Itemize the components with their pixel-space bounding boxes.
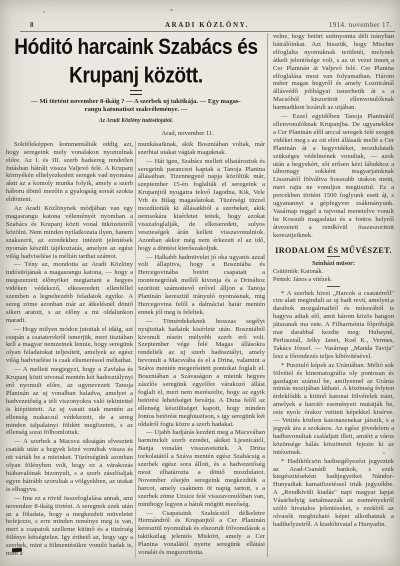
news-note: * A szerbek hivei „Harcok a csatatérről"… — [273, 290, 394, 361]
subhead-line-2: rangu katonatiszt szakvéleménye. — — [85, 106, 188, 113]
masthead: 8 ARADI KÖZLÖNY. 1914. november 17. — [20, 21, 394, 31]
newspaper-page: 8 ARADI KÖZLÖNY. 1914. november 17. Hódi… — [0, 0, 400, 566]
article-column-2: munkásaiknak, akik Boszniában voltak, má… — [138, 141, 265, 558]
scan-speck — [388, 62, 390, 64]
body-paragraph: velne, hogy betört szétnyomta déli irány… — [273, 33, 394, 112]
body-paragraph: — Ezzel egyidőben Tanoja Planinától elle… — [273, 113, 394, 240]
headline-ornament — [130, 90, 142, 95]
scan-speck — [170, 9, 173, 11]
program-rule — [327, 286, 340, 287]
theater-program-title: Színházi müsor: — [273, 260, 394, 268]
article-column-1: Sokféleképpen kommentálták eddig azt, ho… — [6, 141, 133, 558]
body-paragraph: — A szerbek a Macsva sikságán elvesztett… — [6, 438, 133, 493]
body-paragraph: — Tömérdekeknek hosszas segélyt nyujtott… — [138, 318, 265, 429]
article-headline: Hóditó harcaink Szabács és Krupanj közöt… — [6, 34, 266, 91]
masthead-rule — [20, 31, 395, 32]
scan-speck — [43, 11, 45, 13]
body-paragraph: — Halkabb hadmüvelet jó oka ugyanis azza… — [138, 254, 265, 317]
body-paragraph: Az Aradi Közlönynek módjában van egy mag… — [6, 205, 133, 260]
body-paragraph: — Hogy milyen módon jutottak el idáig, a… — [6, 326, 133, 366]
body-paragraph: — Ujabb hadjárás kezdett meg a Macsvában… — [138, 429, 265, 508]
body-paragraph: — Tény az, mondotta az Aradi Közlöny tud… — [6, 261, 133, 324]
masthead-date: 1914. november 17. — [329, 21, 392, 29]
section-header-irodalom: IRODALOM ÉS MŰVÉSZET. — [273, 247, 394, 255]
news-note: * Hadikölcsön hadisegélyezést jegyeztek … — [273, 458, 394, 529]
subhead-line-1: — Mi történt november 8-ikáig ? — A szer… — [31, 98, 240, 105]
body-paragraph: munkásaiknak, akik Boszniában voltak, má… — [138, 141, 265, 157]
section-rule — [327, 256, 340, 257]
main-article: Hóditó harcaink Szabács és Krupanj közöt… — [6, 34, 266, 558]
article-dateline: Arad, november 11. — [6, 130, 266, 137]
scan-speck — [384, 196, 386, 198]
article-columns: Sokféleképpen kommentálták eddig azt, ho… — [6, 141, 266, 558]
body-paragraph: — Hát igen, Szabács mellett elhatároztuk… — [138, 158, 265, 253]
body-paragraph: — Csapataink Szabácstól délkeletre Hermá… — [138, 510, 265, 557]
right-column: velne, hogy betört szétnyomta déli irány… — [273, 33, 394, 559]
scan-speck — [390, 301, 392, 303]
body-paragraph: — A mellett megjegyzi, hogy a Zavlaka és… — [6, 366, 133, 437]
news-note: * Pusztuló képek az Urániában. Méltó sok… — [273, 362, 394, 457]
article-byline: Az Aradi Közlöny tudósitójától. — [6, 118, 266, 124]
column-divider — [135, 141, 136, 558]
body-paragraph: Sokféleképpen kommentálták eddig azt, ho… — [6, 141, 133, 204]
right-column-divider — [267, 33, 268, 557]
ink-blot — [12, 548, 22, 553]
scan-speck — [9, 182, 11, 184]
theater-program-item: Péntek: János a vitézek. — [273, 276, 394, 284]
theater-program-item: Csütörtök: Katonák. — [273, 268, 394, 276]
body-paragraph: — Ime ez a rövid összefoglalása annak, a… — [6, 495, 133, 558]
article-subhead: — Mi történt november 8-ikáig ? — A szer… — [6, 98, 266, 115]
scan-speck — [383, 452, 385, 454]
